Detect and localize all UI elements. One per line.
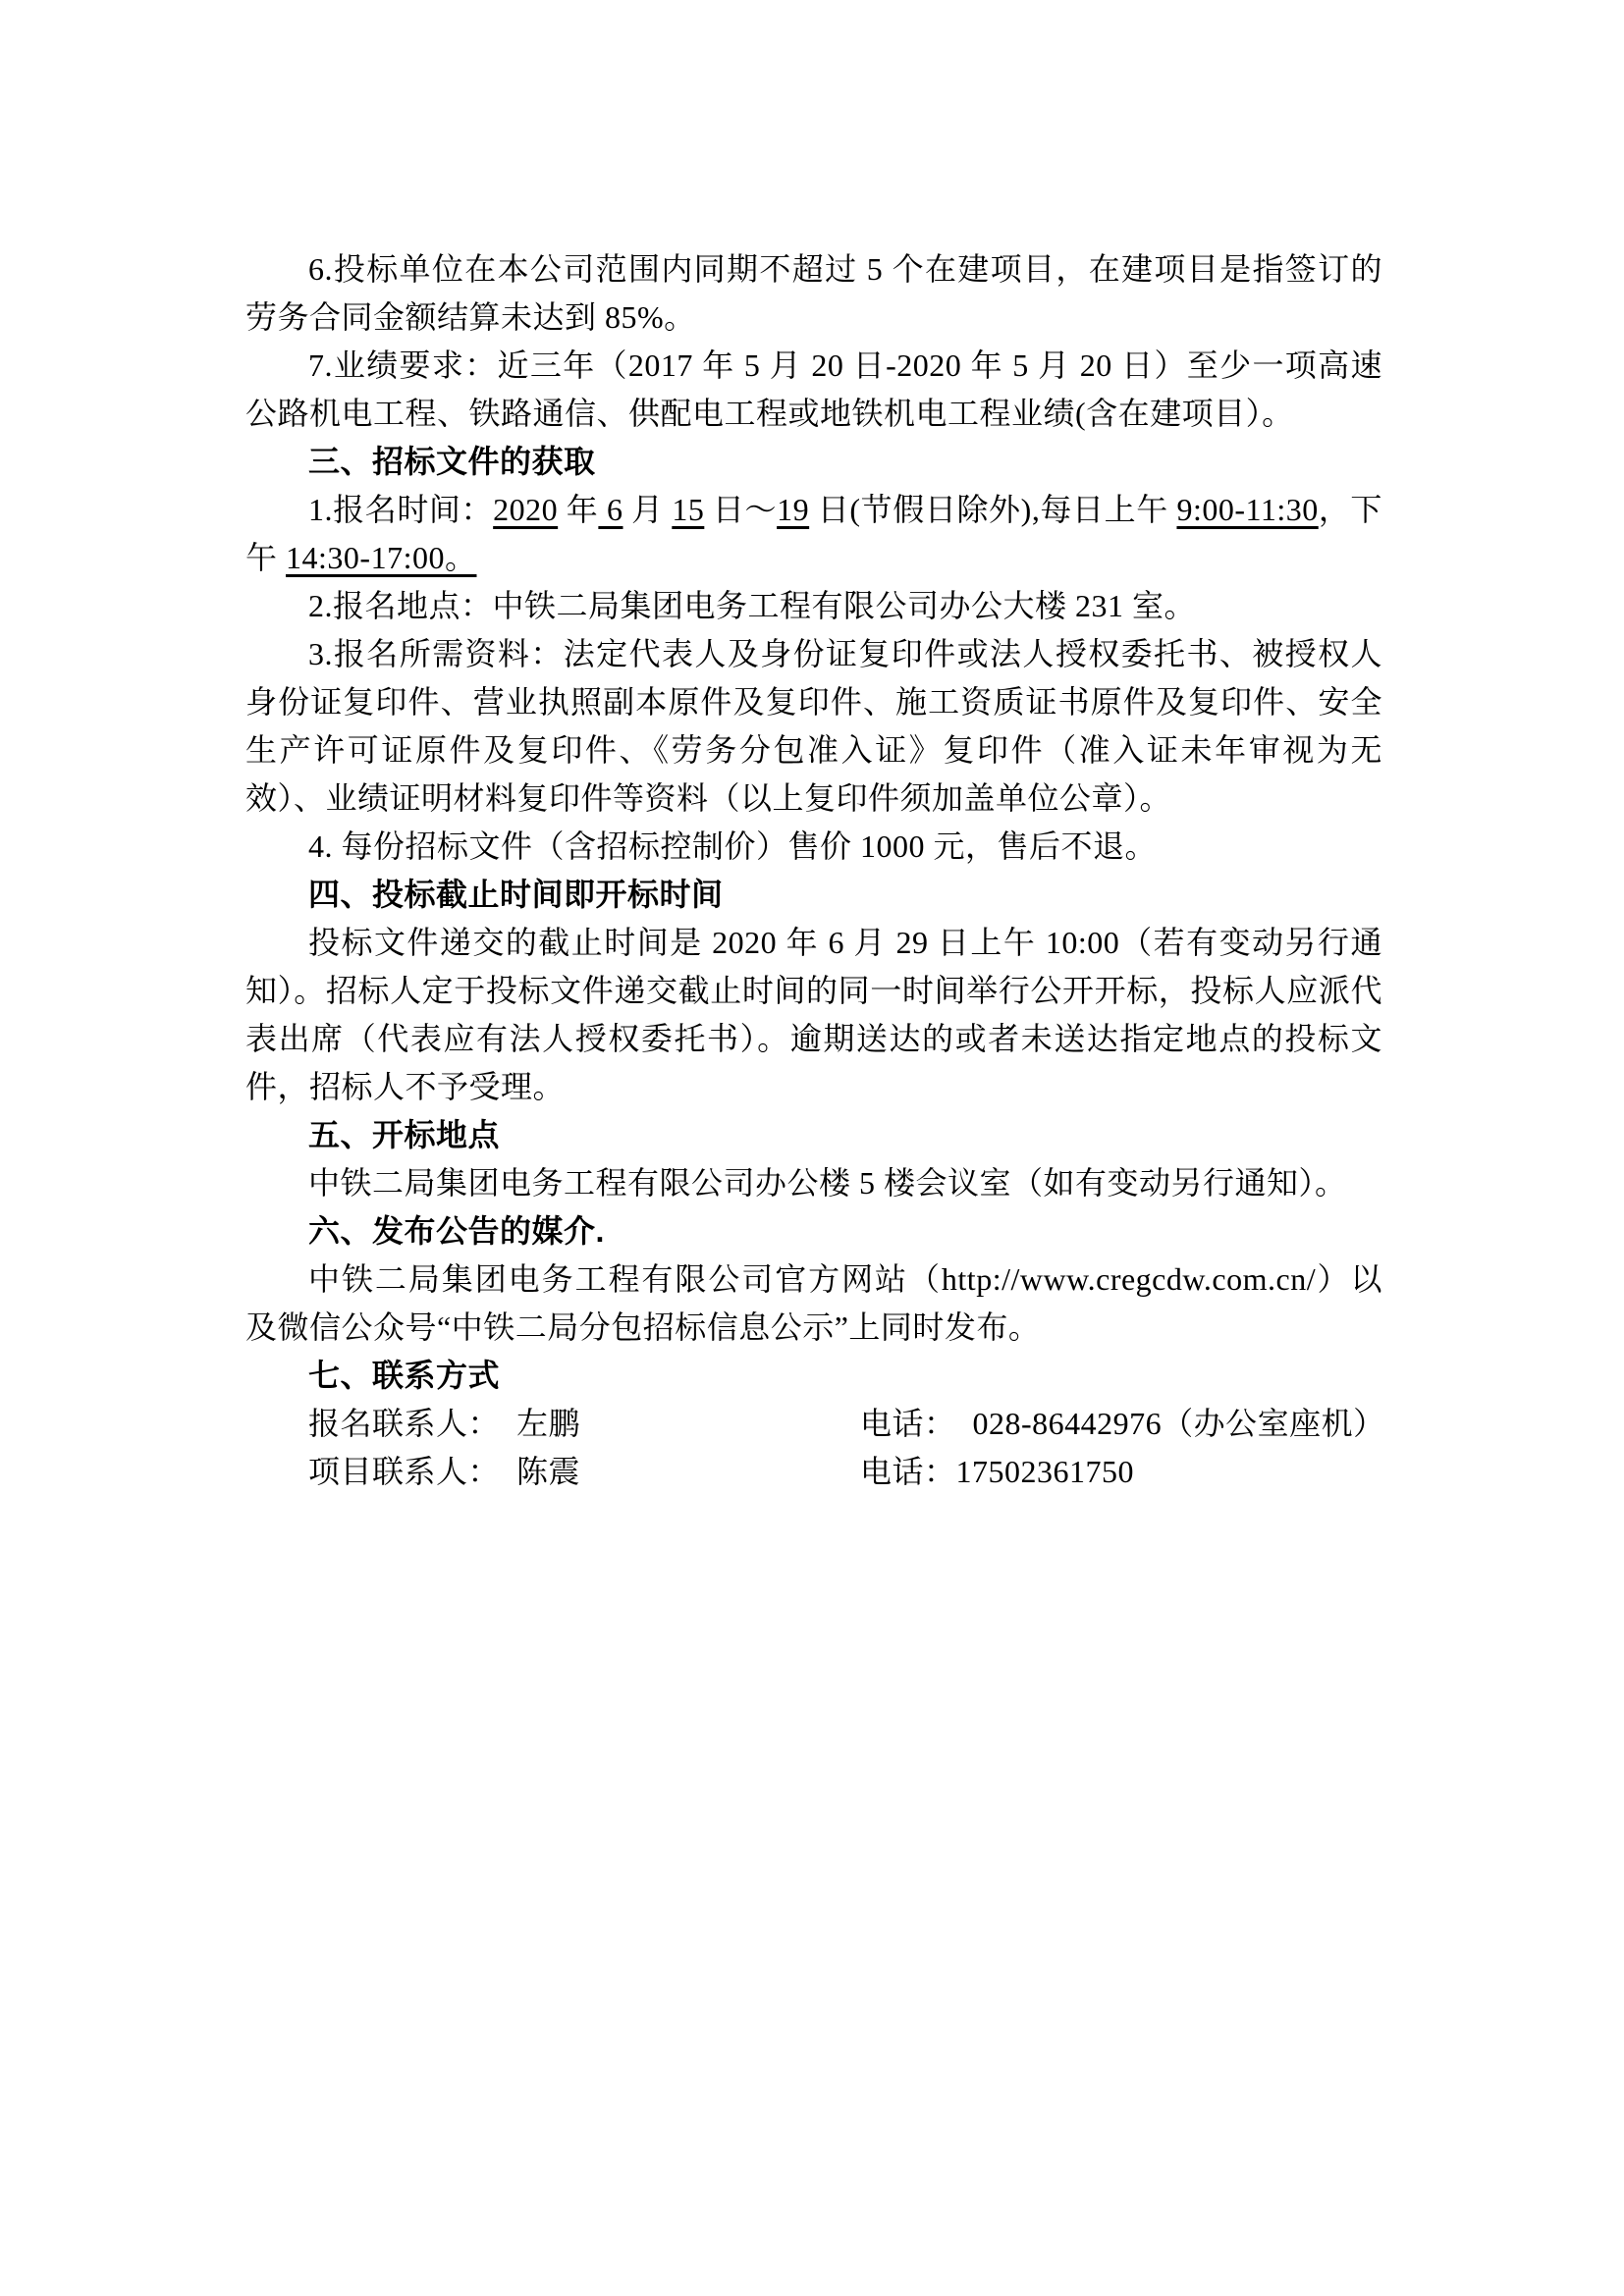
- clause-7-performance-requirement: 7.业绩要求：近三年（2017 年 5 月 20 日-2020 年 5 月 20…: [245, 342, 1382, 438]
- registration-place: 2.报名地点：中铁二局集团电务工程有限公司办公大楼 231 室。: [245, 582, 1382, 630]
- section-5-heading: 五、开标地点: [245, 1111, 1382, 1159]
- section-4-heading: 四、投标截止时间即开标时间: [245, 871, 1382, 919]
- registration-contact-name: 报名联系人： 左鹏: [308, 1400, 860, 1448]
- bid-deadline-paragraph: 投标文件递交的截止时间是 2020 年 6 月 29 日上午 10:00（若有变…: [245, 919, 1382, 1111]
- document-price: 4. 每份招标文件（含招标控制价）售价 1000 元，售后不退。: [245, 823, 1382, 871]
- document-page: 6.投标单位在本公司范围内同期不超过 5 个在建项目，在建项目是指签订的劳务合同…: [0, 0, 1624, 2296]
- project-contact-row: 项目联系人： 陈震 电话：17502361750: [245, 1448, 1382, 1496]
- project-contact-phone: 电话：17502361750: [860, 1448, 1382, 1496]
- registration-time: 1.报名时间：2020 年 6 月 15 日～19 日(节假日除外),每日上午 …: [245, 486, 1382, 582]
- clause-6-concurrent-projects: 6.投标单位在本公司范围内同期不超过 5 个在建项目，在建项目是指签订的劳务合同…: [245, 245, 1382, 342]
- registration-materials: 3.报名所需资料：法定代表人及身份证复印件或法人授权委托书、被授权人身份证复印件…: [245, 630, 1382, 823]
- section-6-heading: 六、发布公告的媒介.: [245, 1207, 1382, 1255]
- registration-contact-phone: 电话： 028-86442976（办公室座机）: [860, 1400, 1385, 1448]
- document-body: 6.投标单位在本公司范围内同期不超过 5 个在建项目，在建项目是指签订的劳务合同…: [245, 245, 1382, 1496]
- registration-contact-row: 报名联系人： 左鹏 电话： 028-86442976（办公室座机）: [245, 1400, 1382, 1448]
- project-contact-name: 项目联系人： 陈震: [308, 1448, 860, 1496]
- section-7-heading: 七、联系方式: [245, 1352, 1382, 1400]
- announcement-media: 中铁二局集团电务工程有限公司官方网站（http://www.cregcdw.co…: [245, 1255, 1382, 1352]
- section-3-heading: 三、招标文件的获取: [245, 438, 1382, 486]
- bid-opening-place: 中铁二局集团电务工程有限公司办公楼 5 楼会议室（如有变动另行通知）。: [245, 1159, 1382, 1207]
